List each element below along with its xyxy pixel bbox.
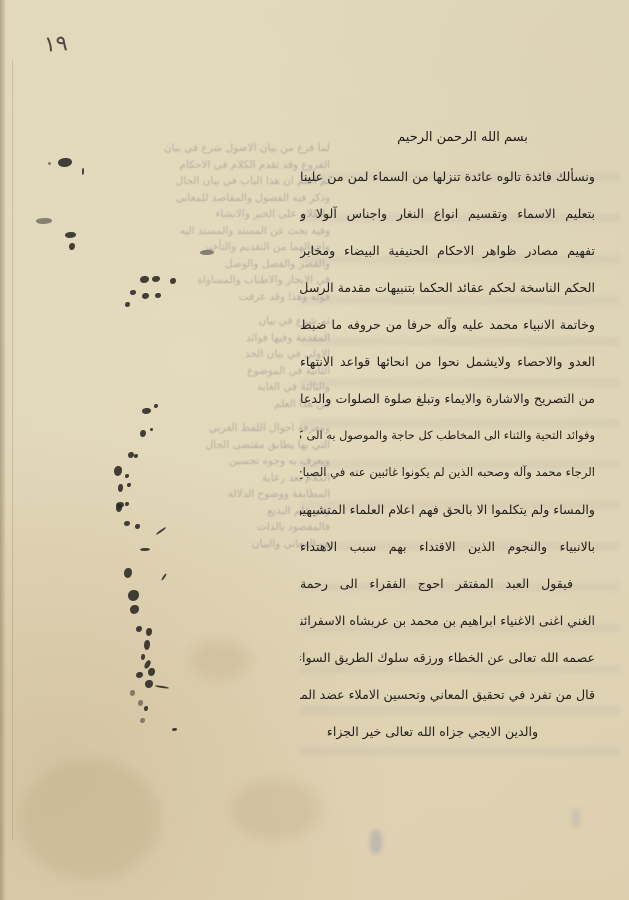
ink-smudge [370, 830, 382, 854]
basmala-heading: بسم الله الرحمن الرحيم [330, 128, 595, 148]
text-line-13: الغني اغنى الاغنياء ابراهيم بن محمد بن ع… [300, 602, 595, 639]
paper-stain [230, 780, 320, 840]
text-line-6: العدو والاحصاء ولايشمل نحوا من انحائها ق… [300, 343, 595, 380]
text-line-8: وفوائد التحية والثناء الى المخاطب كل حاج… [300, 417, 595, 454]
text-line-10: والمساء ولم يتكلموا الا بالحق فهم اعلام … [300, 491, 595, 528]
text-line-1: ونسألك فائدة تالوه عائدة تنزلها من السما… [300, 158, 595, 195]
manuscript-page: ١٩ لما فرغ من بيان الاصول شرع في بيان ال… [0, 0, 629, 900]
text-line-4: الحكم الناسخة لحكم عقائد الحكما بتنبيهات… [300, 269, 595, 306]
page-binding-edge [0, 0, 6, 900]
folio-number: ١٩ [43, 31, 68, 58]
paper-stain [20, 760, 160, 880]
text-line-12: فيقول العبد المفتقر احوج الفقراء الى رحم… [300, 565, 595, 602]
paper-stain [190, 640, 250, 680]
text-line-15: قال من تفرد في تحقيق المعاني وتحسين الام… [300, 676, 595, 713]
page-crease [12, 60, 13, 840]
ink-smudge [572, 808, 580, 828]
text-line-2: بتعليم الاسماء وتقسيم انواع النغار واجنا… [300, 195, 595, 232]
main-text-block: بسم الله الرحمن الرحيم ونسألك فائدة تالو… [300, 128, 595, 750]
text-line-11: بالانبياء والنجوم الذين الاقتداء بهم سبب… [300, 528, 595, 565]
text-line-9: الرجاء محمد وآله وصحبه الذين لم يكونوا غ… [300, 454, 595, 491]
text-line-16: والدين الايجي جزاه الله تعالى خير الجزاء [300, 713, 595, 750]
text-line-7: من التصريح والاشارة والايماء وتبلغ صلوة … [300, 380, 595, 417]
text-line-14: عصمه الله تعالى عن الخطاء ورزقه سلوك الط… [300, 639, 595, 676]
text-line-3: تفهيم مصادر ظواهر الاحكام الحنيفية البيض… [300, 232, 595, 269]
text-line-5: وخاتمة الانبياء محمد عليه وآله حرفا من ح… [300, 306, 595, 343]
